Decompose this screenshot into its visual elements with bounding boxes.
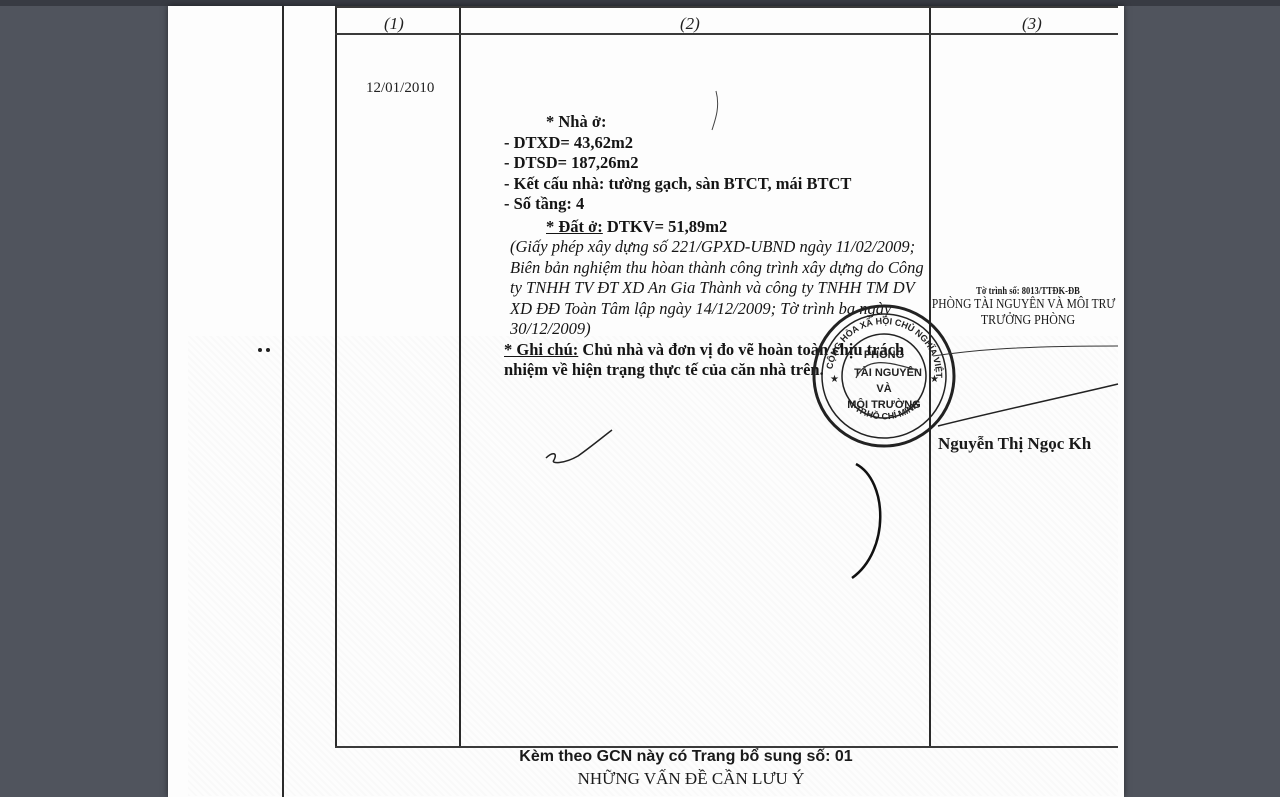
document-page: (1) (2) (3) 12/01/2010 * Nhà ở: - DTXD= … [168,6,1124,797]
supplement-note: Kèm theo GCN này có Trang bổ sung số: 01 [168,748,1124,766]
initials-signature [546,430,612,463]
scan-mark [712,91,718,130]
signature-stroke [933,346,1118,356]
handwritten-marks [168,6,1124,797]
stamp-arc-mark [852,464,880,578]
signature-stroke-long [938,384,1118,426]
notice-heading: NHỮNG VẤN ĐỀ CẦN LƯU Ý [168,769,1124,789]
